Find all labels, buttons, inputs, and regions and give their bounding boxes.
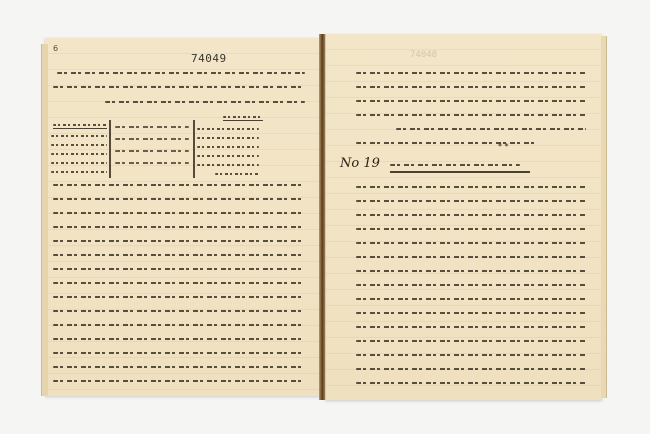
handwritten-line bbox=[115, 138, 189, 140]
handwritten-line bbox=[51, 153, 107, 155]
handwritten-line bbox=[356, 228, 586, 230]
handwritten-line bbox=[105, 101, 305, 103]
handwritten-line bbox=[53, 198, 305, 200]
handwritten-line bbox=[356, 242, 586, 244]
handwritten-line bbox=[53, 212, 305, 214]
handwritten-line bbox=[53, 338, 305, 340]
handwritten-line bbox=[356, 284, 586, 286]
handwritten-line bbox=[356, 256, 586, 258]
handwritten-line bbox=[53, 352, 305, 354]
page-number: 6 bbox=[53, 44, 58, 53]
handwritten-line bbox=[356, 326, 586, 328]
left-page: 6 74049 bbox=[45, 38, 320, 396]
column-divider bbox=[193, 120, 195, 178]
handwritten-line bbox=[356, 142, 536, 144]
handwritten-line bbox=[197, 146, 259, 148]
handwritten-line bbox=[115, 150, 189, 152]
handwritten-line bbox=[51, 135, 107, 137]
handwritten-line bbox=[215, 173, 259, 175]
handwritten-line bbox=[356, 368, 586, 370]
handwritten-line bbox=[197, 128, 259, 130]
handwritten-line bbox=[53, 184, 305, 186]
handwritten-line bbox=[51, 144, 107, 146]
photo-scene: 6 74049 bbox=[0, 0, 650, 434]
handwritten-line bbox=[51, 171, 107, 173]
handwritten-line bbox=[356, 214, 586, 216]
handwritten-line bbox=[53, 380, 305, 382]
catalog-number: 74049 bbox=[191, 52, 227, 65]
handwritten-line bbox=[356, 312, 586, 314]
handwritten-line bbox=[53, 226, 305, 228]
right-page: 74048 * * No 19 bbox=[325, 34, 602, 400]
handwritten-line bbox=[53, 310, 305, 312]
heading-handwritten-text bbox=[390, 164, 520, 166]
column-heading-left bbox=[53, 124, 107, 126]
handwritten-line bbox=[356, 86, 586, 88]
entry-number-marker: No 19 bbox=[340, 156, 380, 171]
handwritten-line bbox=[356, 354, 586, 356]
column-heading-underline bbox=[53, 128, 107, 129]
faded-stamp: 74048 bbox=[410, 50, 437, 60]
open-notebook: 6 74049 bbox=[45, 34, 605, 400]
handwritten-line bbox=[53, 86, 305, 88]
handwritten-line bbox=[356, 186, 586, 188]
column-heading-underline bbox=[223, 120, 263, 121]
handwritten-line bbox=[356, 270, 586, 272]
handwritten-line bbox=[53, 282, 305, 284]
handwritten-line bbox=[356, 100, 586, 102]
heading-underline bbox=[390, 171, 530, 173]
handwritten-line bbox=[53, 366, 305, 368]
handwritten-line bbox=[197, 155, 259, 157]
handwritten-line bbox=[53, 324, 305, 326]
handwritten-line bbox=[356, 340, 586, 342]
handwritten-line bbox=[53, 296, 305, 298]
handwritten-line bbox=[115, 162, 189, 164]
handwritten-line bbox=[53, 268, 305, 270]
column-heading-right bbox=[223, 116, 263, 118]
handwritten-line bbox=[57, 72, 305, 74]
handwritten-line bbox=[197, 137, 259, 139]
column-divider bbox=[109, 120, 111, 178]
handwritten-line bbox=[356, 298, 586, 300]
handwritten-line bbox=[396, 128, 586, 130]
section-asterisks: * * bbox=[498, 142, 509, 151]
handwritten-line bbox=[51, 162, 107, 164]
handwritten-line bbox=[53, 254, 305, 256]
handwritten-line bbox=[197, 164, 259, 166]
handwritten-line bbox=[115, 126, 189, 128]
handwritten-line bbox=[356, 114, 586, 116]
handwritten-line bbox=[356, 200, 586, 202]
handwritten-line bbox=[356, 382, 586, 384]
handwritten-line bbox=[53, 240, 305, 242]
handwritten-line bbox=[356, 72, 586, 74]
